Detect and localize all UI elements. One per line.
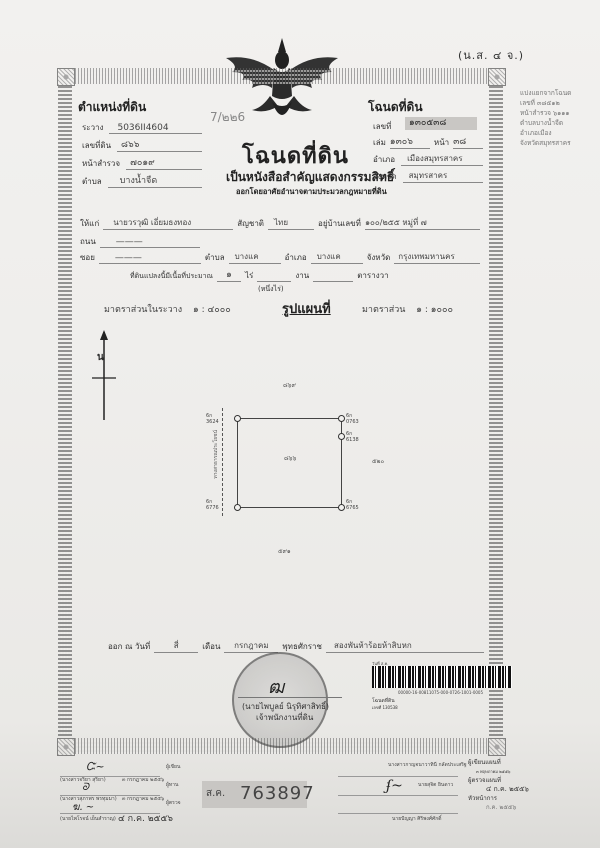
field-value: ๑๓๐๖	[390, 134, 430, 149]
border-right	[489, 86, 503, 736]
field-row: จังหวัด สมุทรสาคร	[373, 169, 483, 183]
left-role-labels: ผู้เขียน ผู้ทาน ผู้ตรวจ	[166, 758, 190, 812]
subdistrict-value: บางแค	[229, 250, 281, 264]
role-label: ผู้ตรวจแผนที่	[468, 776, 529, 785]
checker-date: ๔ ก.ค. ๒๕๕๖	[118, 811, 173, 825]
handwritten-reference: 7/๒๒6	[210, 108, 245, 127]
marginal-notes: แบ่งแยกจากโฉนด เลขที่ ๓๘๕๑๒ หน้าสำรวจ ๖๑…	[520, 88, 571, 148]
north-arrow-icon	[92, 330, 122, 425]
signature-line	[238, 697, 342, 698]
east-neighbor-label: ๕๒๐	[372, 456, 384, 466]
marginal-note: แบ่งแยกจากโฉนด	[520, 88, 571, 98]
address-label: อยู่บ้านเลขที่	[318, 217, 361, 230]
issued-year-label: พุทธศักราช	[282, 640, 322, 653]
owner-row: ให้แก่ นายวรวุฒิ เอี่ยมธงทอง สัญชาติ ไทย…	[80, 216, 480, 230]
road-label: ถนน	[80, 235, 96, 248]
issued-date-label: ออก ณ วันที่	[108, 640, 150, 653]
writer-signature: Ꮸ~	[86, 760, 105, 774]
marker-label: 6ก6138	[346, 431, 359, 443]
border-top	[75, 68, 487, 84]
area-sqwa-value	[313, 281, 353, 282]
role-date: ๔ ก.ค. ๒๕๕๖	[468, 785, 529, 794]
serial-prefix: ส.ค.	[206, 786, 225, 801]
field-label: อำเภอ	[373, 153, 395, 166]
checker-name: (นายไพโรจน์ เย็นสำราญ)	[60, 815, 116, 823]
issued-month-label: เดือน	[202, 640, 220, 653]
field-value: เมืองสมุทรสาคร	[401, 152, 483, 166]
nationality-label: สัญชาติ	[237, 217, 264, 230]
reviewer-signature: ᘐ	[82, 782, 89, 793]
south-neighbor-label: ๕๙๑	[278, 546, 291, 556]
border-corner-ornament	[488, 68, 506, 86]
area-ngan-value	[257, 281, 291, 282]
role-label: หัวหน้าการ	[468, 794, 529, 803]
scale-left: มาตราส่วนในระวาง ๑ : ๔๐๐๐	[104, 302, 231, 316]
road-row: ถนน ———	[80, 236, 200, 248]
field-value: บางน้ำจืด	[108, 173, 202, 188]
field-label: หน้าสำรวจ	[82, 157, 120, 170]
role-label: ผู้ตรวจ	[166, 794, 190, 812]
role-date: ๓ พฤษภาคม ๒๕๕๖	[468, 767, 529, 776]
land-location-fields: ระวาง 5036II4604 เลขที่ดิน ๘๖๖ หน้าสำรวจ…	[82, 116, 202, 188]
district-value: บางแค	[311, 250, 363, 264]
scale-right-label: มาตราส่วน	[362, 305, 405, 315]
address-value: ๑๐๐/๒๕๕ หมู่ที่ ๗	[365, 216, 480, 230]
field-label: ระวาง	[82, 121, 103, 134]
issued-day: สี่	[154, 639, 198, 653]
boundary-marker	[234, 415, 241, 422]
public-road-label: ทางสาธารณประโยชน์	[212, 430, 220, 479]
deed-number-label: เลขที่	[373, 120, 391, 133]
boundary-marker	[234, 504, 241, 511]
field-value: ๘๖๖	[117, 137, 202, 152]
land-location-heading: ตำแหน่งที่ดิน	[78, 98, 146, 117]
scale-right: มาตราส่วน ๑ : ๑๐๐๐	[362, 302, 453, 316]
issued-month: กรกฎาคม	[224, 639, 278, 653]
field-value: ๗๐๑๙	[126, 155, 202, 170]
boundary-marker	[338, 504, 345, 511]
form-code: (น.ส. ๔ จ.)	[458, 46, 524, 64]
boundary-marker	[338, 415, 345, 422]
border-left	[58, 86, 72, 736]
marginal-note: อำเภอเมือง	[520, 128, 571, 138]
role-date: ก.ค. ๒๕๕๖	[468, 803, 529, 812]
field-label: เล่ม	[373, 136, 386, 149]
role-label: ผู้เขียน	[166, 758, 190, 776]
boundary-marker	[338, 433, 345, 440]
issued-year: สองพันห้าร้อยห้าสิบหก	[326, 639, 484, 653]
area-ngan-label: งาน	[295, 269, 309, 282]
district-label: อำเภอ	[285, 251, 307, 264]
map-title: รูปแผนที่	[282, 298, 331, 319]
reviewer-date: ๓ กรกฎาคม ๒๕๕๖	[122, 795, 164, 803]
province-value: กรุงเทพมหานคร	[394, 250, 480, 264]
map-writer-name: นางสาวกาญจนาวาทินี กลัดประเสริฐ	[388, 761, 467, 769]
map-checker-signature: ʄ~	[386, 778, 403, 794]
area-sqwa-label: ตารางวา	[357, 269, 388, 282]
parcel-number-label: ๘๖๖	[284, 453, 296, 463]
field-value: สมุทรสาคร	[403, 169, 483, 183]
field-row: ระวาง 5036II4604	[82, 116, 202, 134]
marker-label: 6ก0763	[346, 413, 359, 425]
scale-left-value: ๑ : ๔๐๐๐	[193, 305, 231, 315]
road-value: ———	[100, 237, 200, 248]
document-subtitle: เป็นหนังสือสำคัญแสดงกรรมสิทธิ์	[226, 168, 394, 187]
barcode	[372, 666, 512, 688]
area-row: ที่ดินแปลงนี้มีเนื้อที่ประมาณ ๑ ไร่ งาน …	[130, 270, 430, 282]
scale-right-value: ๑ : ๑๐๐๐	[416, 305, 453, 315]
field-row: อำเภอ เมืองสมุทรสาคร	[373, 152, 483, 166]
marginal-note: เลขที่ ๓๘๕๑๒	[520, 98, 571, 108]
barcode-number: 00000-16-00811075-000-0726-1001-0005	[398, 690, 483, 695]
soi-label: ซอย	[80, 251, 95, 264]
soi-row: ซอย ——— ตำบล บางแค อำเภอ บางแค จังหวัด ก…	[80, 250, 480, 264]
officer-title: เจ้าพนักงานที่ดิน	[256, 711, 313, 724]
issued-by-note: ออกโดยอาศัยอำนาจตามประมวลกฎหมายที่ดิน	[236, 186, 387, 198]
writer-date: ๓ กรกฎาคม ๒๕๕๖	[122, 776, 164, 784]
field-value: ๓๘	[453, 134, 483, 149]
field-label: หน้า	[434, 136, 449, 149]
marginal-note: จังหวัดสมุทรสาคร	[520, 138, 571, 148]
area-rai-label: ไร่	[245, 269, 253, 282]
field-row: ตำบล บางน้ำจืด	[82, 170, 202, 188]
soi-value: ———	[99, 253, 201, 264]
marginal-note: หน้าสำรวจ ๖๑๑๑	[520, 108, 571, 118]
field-row: หน้าสำรวจ ๗๐๑๙	[82, 152, 202, 170]
chief-name: นายปัญญา ศิริพงศ์ศักดิ์	[392, 815, 441, 823]
province-label: จังหวัด	[367, 251, 391, 264]
owner-to-label: ให้แก่	[80, 217, 99, 230]
border-corner-ornament	[57, 738, 75, 756]
issuance-row: ออก ณ วันที่ สี่ เดือน กรกฎาคม พุทธศักรา…	[108, 641, 484, 653]
field-row: เล่ม ๑๓๐๖ หน้า ๓๘	[373, 135, 483, 149]
barcode-deed-number: เลขที่ 130538	[372, 704, 398, 711]
field-label: เลขที่ดิน	[82, 139, 111, 152]
field-value: 5036II4604	[109, 123, 202, 134]
area-note: (หนึ่งไร่)	[258, 284, 284, 295]
map-checker-name: นายสุจิต ยินดาว	[418, 781, 453, 789]
border-corner-ornament	[57, 68, 75, 86]
land-parcel-outline: ๘๖๖	[237, 418, 342, 508]
marginal-note: ตำบลบางน้ำจืด	[520, 118, 571, 128]
deed-number-value: ๑๓๐๕๓๘	[405, 117, 477, 130]
border-corner-ornament	[488, 738, 506, 756]
public-road-line	[222, 408, 224, 516]
area-rai-value: ๑	[217, 267, 241, 282]
field-label: จังหวัด	[373, 170, 397, 183]
nationality-value: ไทย	[268, 216, 314, 230]
serial-number: 763897	[240, 783, 315, 804]
marker-label: 6ก3624	[206, 413, 219, 425]
field-row: เลขที่ดิน ๘๖๖	[82, 134, 202, 152]
marker-label: 6ก6765	[346, 499, 359, 511]
deed-heading: โฉนดที่ดิน	[368, 98, 423, 117]
role-label: ผู้เขียนแผนที่	[468, 758, 529, 767]
north-neighbor-label: ๘๖๙	[283, 380, 296, 390]
owner-name: นายวรวุฒิ เอี่ยมธงทอง	[103, 216, 233, 230]
land-title-deed-page: (น.ส. ๔ จ.) 7/๒๒6 ตำแหน่งที่ดิน ระวาง 50…	[0, 0, 600, 848]
area-prefix: ที่ดินแปลงนี้มีเนื้อที่ประมาณ	[130, 271, 213, 282]
marker-label: 6ก6776	[206, 499, 219, 511]
role-label: ผู้ทาน	[166, 776, 190, 794]
north-label: น	[97, 350, 104, 365]
right-role-labels: ผู้เขียนแผนที่ ๓ พฤษภาคม ๒๕๕๖ ผู้ตรวจแผน…	[468, 758, 529, 812]
subdistrict-label: ตำบล	[205, 251, 225, 264]
scale-left-label: มาตราส่วนในระวาง	[104, 305, 182, 315]
field-label: ตำบล	[82, 175, 102, 188]
